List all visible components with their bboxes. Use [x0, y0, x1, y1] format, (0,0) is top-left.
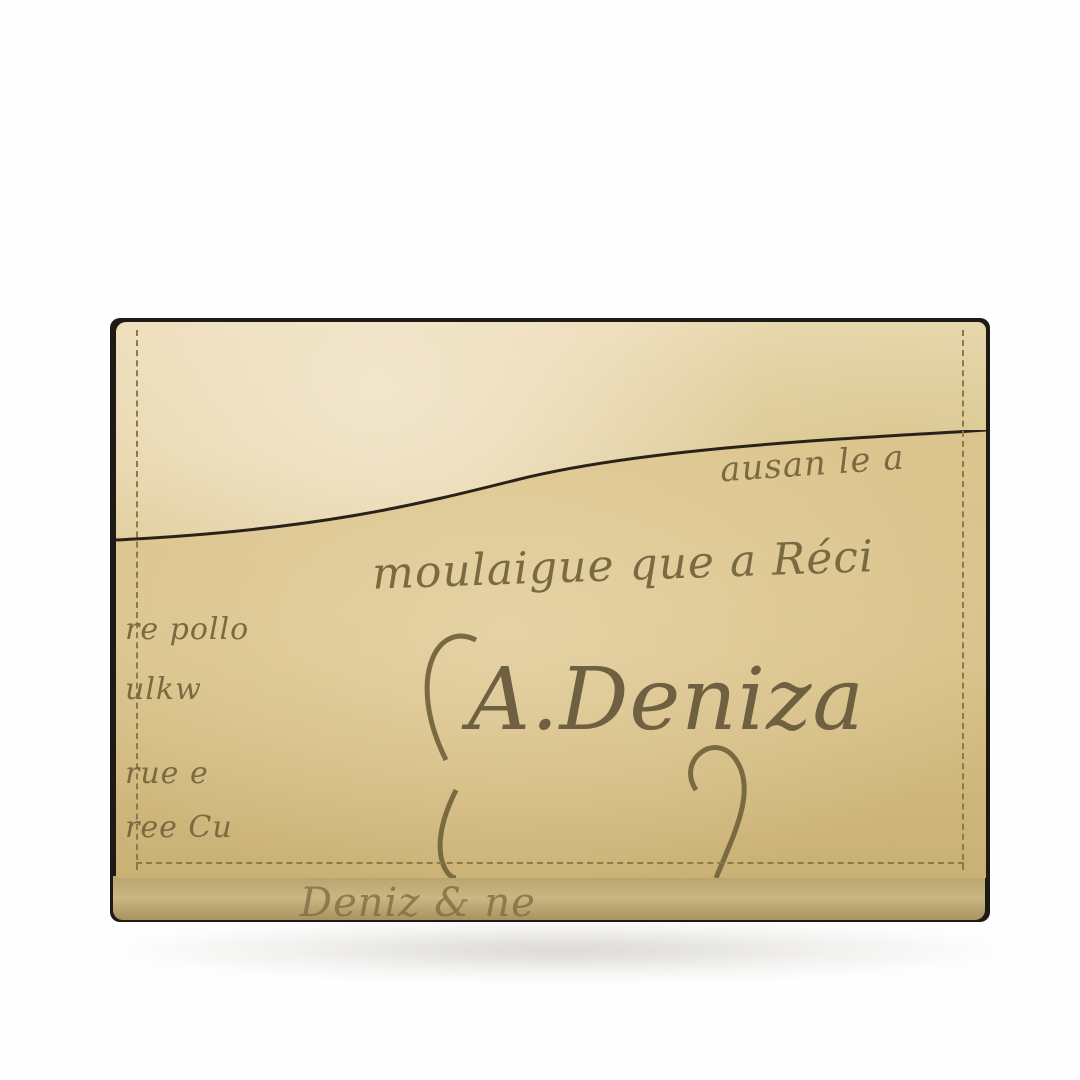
engraving-fragment: re pollo	[125, 612, 249, 647]
stitching-bottom	[136, 862, 964, 864]
back-panel	[113, 876, 985, 920]
engraving-fragment: ree Cu	[125, 810, 233, 845]
engraving-fragment: rue e	[125, 756, 209, 791]
engraving-fragment: ulkw	[125, 672, 202, 707]
drop-shadow	[120, 920, 1000, 980]
engraving-back-panel: Deniz & ne	[300, 880, 536, 926]
stitching-right	[962, 330, 964, 870]
engraving-signature: A.Deniza	[468, 650, 865, 750]
